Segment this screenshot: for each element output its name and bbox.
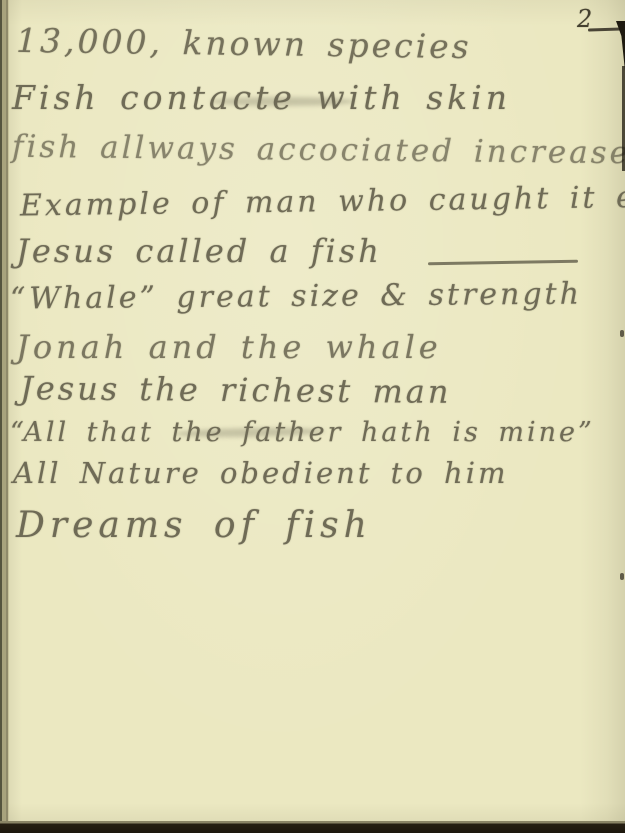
page-number-underline xyxy=(588,27,622,31)
scan-shadow-bottom xyxy=(0,821,625,833)
pencil-smudge xyxy=(210,97,355,106)
handwritten-line: All Nature obedient to him xyxy=(13,456,508,490)
page-edge-speck xyxy=(620,573,624,580)
handwritten-line: Example of man who caught it etc xyxy=(20,179,625,223)
handwritten-line: Jonah and the whale xyxy=(16,328,442,366)
page-edge-speck xyxy=(620,330,624,337)
notebook-scan: 2 13,000, known species Fish contacte wi… xyxy=(0,0,625,833)
handwritten-line: Dreams of fish xyxy=(16,505,372,546)
handwritten-line: fish allways accociated increase xyxy=(12,129,625,171)
binding-edge xyxy=(0,0,9,833)
handwritten-line: “Whale” great size & strength xyxy=(10,277,582,317)
handwritten-line: Jesus called a fish xyxy=(16,232,382,270)
pencil-dash xyxy=(428,260,578,266)
handwritten-line: 13,000, known species xyxy=(16,21,472,66)
handwritten-line: Jesus the richest man xyxy=(20,369,452,411)
